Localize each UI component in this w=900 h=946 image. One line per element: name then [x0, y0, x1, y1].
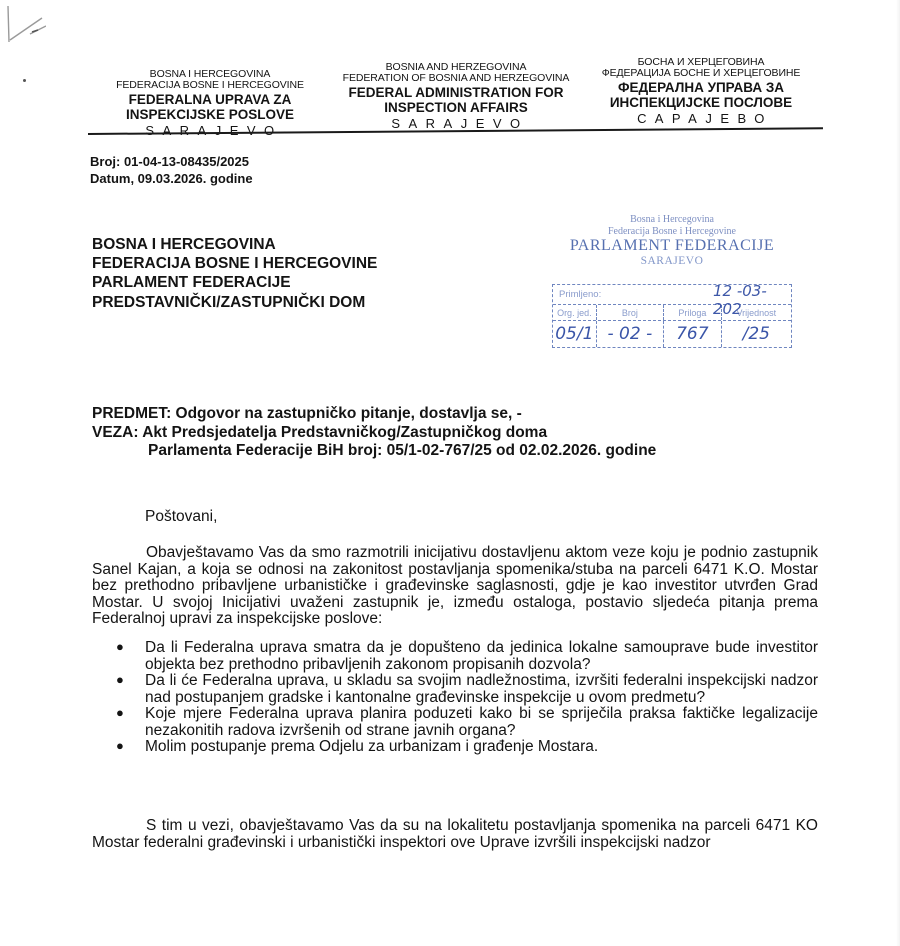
- stamp-entity: Federacija Bosne i Hercegovine: [548, 226, 796, 238]
- staple-mark: [6, 4, 46, 48]
- stamp-val-broj: - 02 -: [597, 321, 664, 347]
- addressee-line: PREDSTAVNIČKI/ZASTUPNIČKI DOM: [92, 293, 377, 312]
- salutation: Poštovani,: [145, 509, 871, 526]
- stamp-table: Primljeno: 12 -03- 202 Org. jed. Broj Pr…: [552, 284, 792, 348]
- paragraph-response: S tim u vezi, obavještavamo Vas da su na…: [92, 818, 818, 851]
- subject-veza: VEZA: Akt Predsjedatelja Predstavničkog/…: [92, 424, 656, 443]
- reference-date: Datum, 09.03.2026. godine: [90, 171, 253, 188]
- subject-block: PREDMET: Odgovor na zastupničko pitanje,…: [92, 405, 656, 461]
- letterhead-entity: ФЕДЕРАЦИЈА БОСНЕ И ХЕРЦЕГОВИНЕ: [588, 68, 814, 79]
- list-item-text: Molim postupanje prema Odjelu za urbaniz…: [145, 738, 598, 755]
- addressee-line: PARLAMENT FEDERACIJE: [92, 273, 377, 292]
- addressee-block: BOSNA I HERCEGOVINA FEDERACIJA BOSNE I H…: [92, 235, 377, 312]
- list-item: ●Molim postupanje prema Odjelu za urbani…: [110, 739, 818, 756]
- letterhead-city: САРАЈЕВО: [588, 112, 814, 126]
- paragraph-intro: Obavještavamo Vas da smo razmotrili inic…: [92, 545, 818, 628]
- list-item: ●Da li će Federalna uprava, u skladu sa …: [110, 673, 818, 706]
- letterhead-cyrillic: БОСНА И ХЕРЦЕГОВИНА ФЕДЕРАЦИЈА БОСНЕ И Х…: [588, 57, 814, 126]
- stamp-title: PARLAMENT FEDERACIJE: [548, 237, 796, 255]
- stamp-val-priloga: 767: [664, 321, 722, 347]
- stamp-col-org: Org. jed.: [553, 305, 597, 320]
- receipt-stamp: Bosna i Hercegovina Federacija Bosne i H…: [548, 214, 796, 267]
- addressee-line: FEDERACIJA BOSNE I HERCEGOVINE: [92, 254, 377, 273]
- list-item-text: Koje mjere Federalna uprava planira podu…: [145, 705, 818, 739]
- subject-predmet: PREDMET: Odgovor na zastupničko pitanje,…: [92, 405, 656, 424]
- scan-edge: [896, 0, 900, 946]
- paragraph-intro-text: Obavještavamo Vas da smo razmotrili inic…: [92, 544, 818, 627]
- stamp-val-vrijednost: /25: [722, 321, 791, 347]
- addressee-line: BOSNA I HERCEGOVINA: [92, 235, 377, 254]
- questions-list: ●Da li Federalna uprava smatra da je dop…: [110, 640, 818, 756]
- stamp-values-row: 05/1 - 02 - 767 /25: [553, 321, 791, 347]
- letterhead-entity: FEDERACIJA BOSNE I HERCEGOVINE: [104, 80, 316, 91]
- paragraph-response-text: S tim u vezi, obavještavamo Vas da su na…: [92, 817, 818, 851]
- reference-number: Broj: 01-04-13-08435/2025: [90, 154, 253, 171]
- stamp-country: Bosna i Hercegovina: [548, 214, 796, 226]
- stamp-city: SARAJEVO: [548, 255, 796, 267]
- stamp-received-row: Primljeno: 12 -03- 202: [553, 285, 791, 305]
- letterhead-entity: FEDERATION OF BOSNIA AND HERZEGOVINA: [330, 73, 582, 84]
- letterhead-english: BOSNIA AND HERZEGOVINA FEDERATION OF BOS…: [330, 62, 582, 131]
- bullet-icon: ●: [116, 640, 124, 654]
- list-item-text: Da li će Federalna uprava, u skladu sa s…: [145, 672, 818, 706]
- letterhead-agency: FEDERAL ADMINISTRATION FOR: [330, 85, 582, 100]
- scan-dot: [23, 79, 26, 82]
- bullet-icon: ●: [116, 673, 124, 687]
- stamp-received-label: Primljeno:: [559, 289, 601, 300]
- list-item-text: Da li Federalna uprava smatra da je dopu…: [145, 639, 818, 673]
- letterhead-bosnian: BOSNA I HERCEGOVINA FEDERACIJA BOSNE I H…: [104, 69, 316, 138]
- stamp-received-date: 12 -03- 202: [713, 282, 791, 318]
- letterhead-agency-2: INSPECTION AFFAIRS: [330, 100, 582, 115]
- bullet-icon: ●: [116, 739, 124, 753]
- letterhead-agency: FEDERALNA UPRAVA ZA: [104, 92, 316, 107]
- reference-block: Broj: 01-04-13-08435/2025 Datum, 09.03.2…: [90, 154, 253, 187]
- subject-veza-cont: Parlamenta Federacije BiH broj: 05/1-02-…: [92, 442, 656, 461]
- letterhead-agency-2: INSPEKCIJSKE POSLOVE: [104, 107, 316, 122]
- letterhead-agency: ФЕДЕРАЛНА УПРАВА ЗА: [588, 80, 814, 95]
- letterhead-agency-2: ИНСПЕКЦИЈСКЕ ПОСЛОВЕ: [588, 95, 814, 110]
- stamp-val-org: 05/1: [553, 321, 597, 347]
- list-item: ●Da li Federalna uprava smatra da je dop…: [110, 640, 818, 673]
- list-item: ●Koje mjere Federalna uprava planira pod…: [110, 706, 818, 739]
- bullet-icon: ●: [116, 706, 124, 720]
- stamp-col-broj: Broj: [597, 305, 664, 320]
